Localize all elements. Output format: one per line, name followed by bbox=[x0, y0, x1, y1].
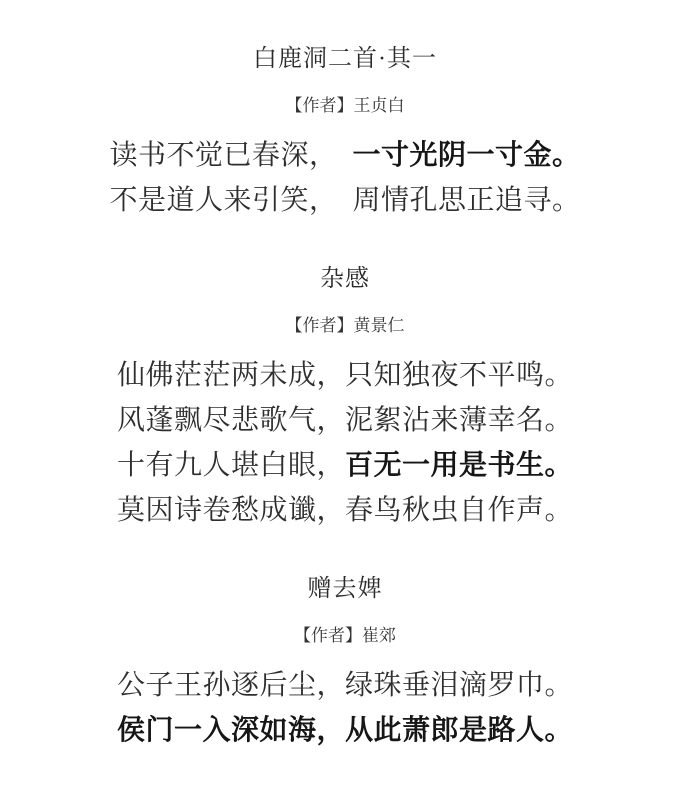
poem-line-left: 公子王孙逐后尘， bbox=[117, 670, 345, 701]
poem-line: 侯门一入深如海，从此萧郎是路人。 bbox=[0, 708, 690, 753]
poem-zagan: 杂感 【作者】黄景仁 仙佛茫茫两未成，只知独夜不平鸣。 风蓬飘尽悲歌气，泥絮沾来… bbox=[0, 264, 690, 533]
poem-line-left: 读书不觉已春深， bbox=[109, 140, 337, 171]
poem-title: 白鹿洞二首·其一 bbox=[0, 44, 690, 74]
poem-line-right: 从此萧郎是路人。 bbox=[345, 715, 573, 746]
poem-title: 赠去婢 bbox=[0, 574, 690, 604]
poem-line-left: 不是道人来引笑， bbox=[109, 185, 337, 216]
poem-line-left: 仙佛茫茫两未成， bbox=[117, 360, 345, 391]
poem-line: 不是道人来引笑，周情孔思正追寻。 bbox=[0, 178, 690, 223]
poem-line-left: 十有九人堪白眼， bbox=[117, 450, 345, 481]
poetry-page: 白鹿洞二首·其一 【作者】王贞白 读书不觉已春深，一寸光阴一寸金。 不是道人来引… bbox=[0, 0, 690, 794]
poem-line: 公子王孙逐后尘，绿珠垂泪滴罗巾。 bbox=[0, 663, 690, 708]
poem-line-right: 只知独夜不平鸣。 bbox=[345, 360, 573, 391]
poem-line: 读书不觉已春深，一寸光阴一寸金。 bbox=[0, 133, 690, 178]
poem-author: 【作者】黄景仁 bbox=[0, 315, 690, 336]
poem-line-right: 绿珠垂泪滴罗巾。 bbox=[345, 670, 573, 701]
poem-line-right: 泥絮沾来薄幸名。 bbox=[345, 405, 573, 436]
poem-line-left: 侯门一入深如海， bbox=[117, 715, 345, 746]
poem-line-right: 一寸光阴一寸金。 bbox=[353, 140, 581, 171]
poem-line: 莫因诗卷愁成谶，春鸟秋虫自作声。 bbox=[0, 488, 690, 533]
poem-line: 风蓬飘尽悲歌气，泥絮沾来薄幸名。 bbox=[0, 398, 690, 443]
poem-author: 【作者】王贞白 bbox=[0, 95, 690, 116]
poem-line-right: 周情孔思正追寻。 bbox=[353, 185, 581, 216]
poem-author: 【作者】崔郊 bbox=[0, 625, 690, 646]
poem-zengqubi: 赠去婢 【作者】崔郊 公子王孙逐后尘，绿珠垂泪滴罗巾。 侯门一入深如海，从此萧郎… bbox=[0, 574, 690, 753]
poem-title: 杂感 bbox=[0, 264, 690, 294]
poem-line-right: 百无一用是书生。 bbox=[345, 450, 573, 481]
poem-line-left: 莫因诗卷愁成谶， bbox=[117, 495, 345, 526]
poem-line-right: 春鸟秋虫自作声。 bbox=[345, 495, 573, 526]
poem-line-left: 风蓬飘尽悲歌气， bbox=[117, 405, 345, 436]
poem-line: 仙佛茫茫两未成，只知独夜不平鸣。 bbox=[0, 353, 690, 398]
poem-bailudong: 白鹿洞二首·其一 【作者】王贞白 读书不觉已春深，一寸光阴一寸金。 不是道人来引… bbox=[0, 44, 690, 223]
poem-line: 十有九人堪白眼，百无一用是书生。 bbox=[0, 443, 690, 488]
